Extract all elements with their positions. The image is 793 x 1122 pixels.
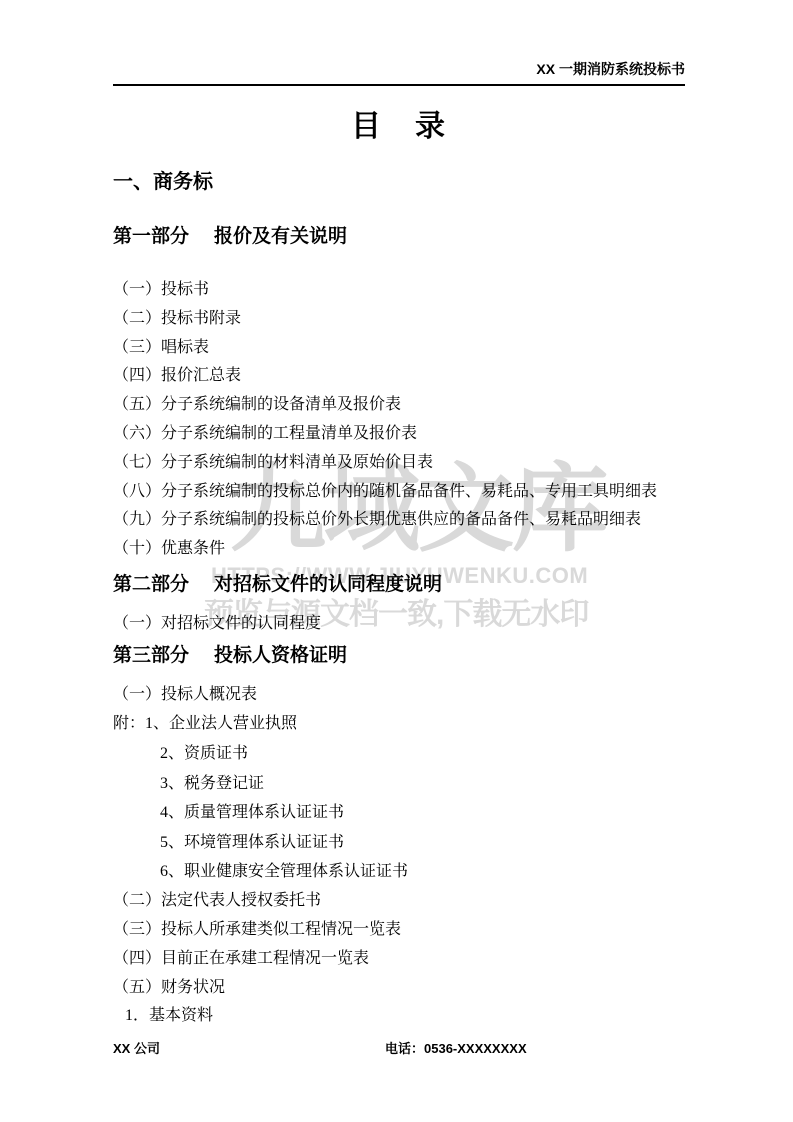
content-layer: XX 一期消防系统投标书 目 录 一、商务标 第一部分报价及有关说明 （一）投标… (0, 0, 793, 1122)
toc-item: 4、质量管理体系认证证书 (160, 798, 408, 828)
toc-item: 3、税务登记证 (160, 769, 408, 799)
chapter-heading-commercial-bid: 一、商务标 (113, 169, 213, 195)
toc-item: （四）报价汇总表 (113, 362, 657, 391)
footer-phone: 电话：0536-XXXXXXXX (385, 1040, 527, 1058)
toc-item: 附：1、企业法人营业执照 (113, 710, 297, 739)
finance-sub-item: 1．基本资料 (125, 1002, 213, 1031)
toc-item: （十）优惠条件 (113, 535, 657, 564)
part1-label: 第一部分 (113, 226, 189, 247)
toc-item: （一）投标书 (113, 276, 657, 305)
toc-item: 2、资质证书 (160, 739, 408, 769)
document-page: 九域文库 HTTPS://WWW.JIUYUWENKU.COM 预览与源文档一致… (0, 0, 793, 1122)
part2-item-list: （一）对招标文件的认同程度 (113, 610, 321, 639)
part1-item-list: （一）投标书 （二）投标书附录 （三）唱标表 （四）报价汇总表 （五）分子系统编… (113, 276, 657, 564)
header-doc-label: XX 一期消防系统投标书 (536, 61, 685, 77)
toc-item: （一）对招标文件的认同程度 (113, 610, 321, 639)
part3-item-list-a: （一）投标人概况表 (113, 681, 257, 710)
toc-item: （五）财务状况 (113, 973, 401, 1002)
toc-item: （三）唱标表 (113, 334, 657, 363)
toc-item: （一）投标人概况表 (113, 681, 257, 710)
part2-label: 第二部分 (113, 574, 189, 595)
toc-item: 6、职业健康安全管理体系认证证书 (160, 857, 408, 887)
toc-item: （五）分子系统编制的设备清单及报价表 (113, 391, 657, 420)
toc-item: （二）投标书附录 (113, 305, 657, 334)
part2-title: 对招标文件的认同程度说明 (214, 574, 442, 595)
part2-heading: 第二部分对招标文件的认同程度说明 (113, 572, 442, 597)
toc-item: 5、环境管理体系认证证书 (160, 828, 408, 858)
page-title: 目 录 (113, 108, 685, 146)
toc-item: 1．基本资料 (125, 1002, 213, 1031)
part3-label: 第三部分 (113, 645, 189, 666)
attachment-item-list: 2、资质证书 3、税务登记证 4、质量管理体系认证证书 5、环境管理体系认证证书… (160, 739, 408, 887)
part1-heading: 第一部分报价及有关说明 (113, 224, 347, 249)
part3-title: 投标人资格证明 (214, 645, 347, 666)
toc-item: （七）分子系统编制的材料清单及原始价目表 (113, 449, 657, 478)
page-header: XX 一期消防系统投标书 (113, 58, 685, 86)
toc-item: （八）分子系统编制的投标总价内的随机备品备件、易耗品、专用工具明细表 (113, 478, 657, 507)
part3-heading: 第三部分投标人资格证明 (113, 643, 347, 668)
toc-item: （九）分子系统编制的投标总价外长期优惠供应的备品备件、易耗品明细表 (113, 506, 657, 535)
footer-company: XX 公司 (113, 1040, 160, 1058)
toc-item: （二）法定代表人授权委托书 (113, 886, 401, 915)
toc-item: （四）目前正在承建工程情况一览表 (113, 944, 401, 973)
part1-title: 报价及有关说明 (214, 226, 347, 247)
attachment-lead: 附：1、企业法人营业执照 (113, 710, 297, 739)
part3-item-list-b: （二）法定代表人授权委托书 （三）投标人所承建类似工程情况一览表 （四）目前正在… (113, 886, 401, 1002)
toc-item: （六）分子系统编制的工程量清单及报价表 (113, 420, 657, 449)
toc-item: （三）投标人所承建类似工程情况一览表 (113, 915, 401, 944)
